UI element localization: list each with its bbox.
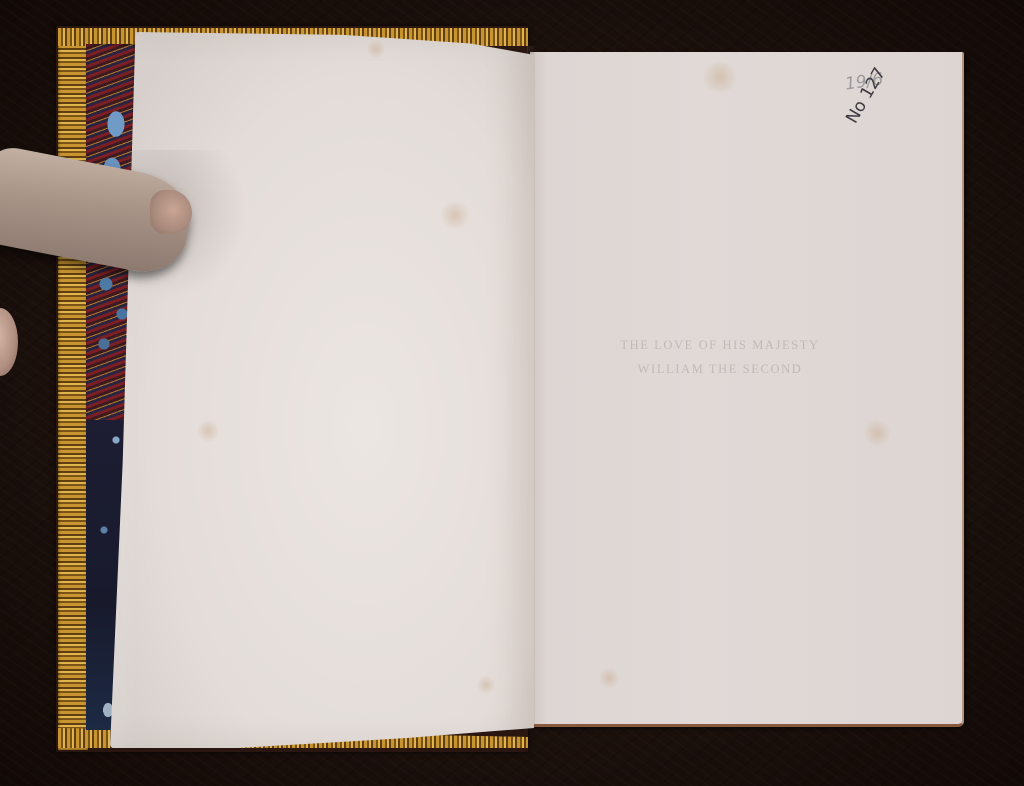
- foxing-spot: [598, 668, 620, 688]
- mannequin-fingertip: [150, 190, 192, 234]
- foxing-spot: [476, 676, 496, 694]
- foxing-spot: [366, 40, 386, 58]
- verso-page-blank: [110, 32, 534, 748]
- recto-page: [530, 52, 964, 727]
- show-through-line-1: The Love of His Majesty: [600, 333, 840, 357]
- show-through-line-2: William the Second: [600, 357, 840, 381]
- show-through-title: The Love of His Majesty William the Seco…: [600, 333, 840, 381]
- foxing-spot: [700, 62, 740, 92]
- foxing-spot: [440, 200, 470, 230]
- foxing-spot: [862, 420, 892, 446]
- foxing-spot: [196, 420, 220, 442]
- gilt-turn-in-left: [58, 28, 88, 750]
